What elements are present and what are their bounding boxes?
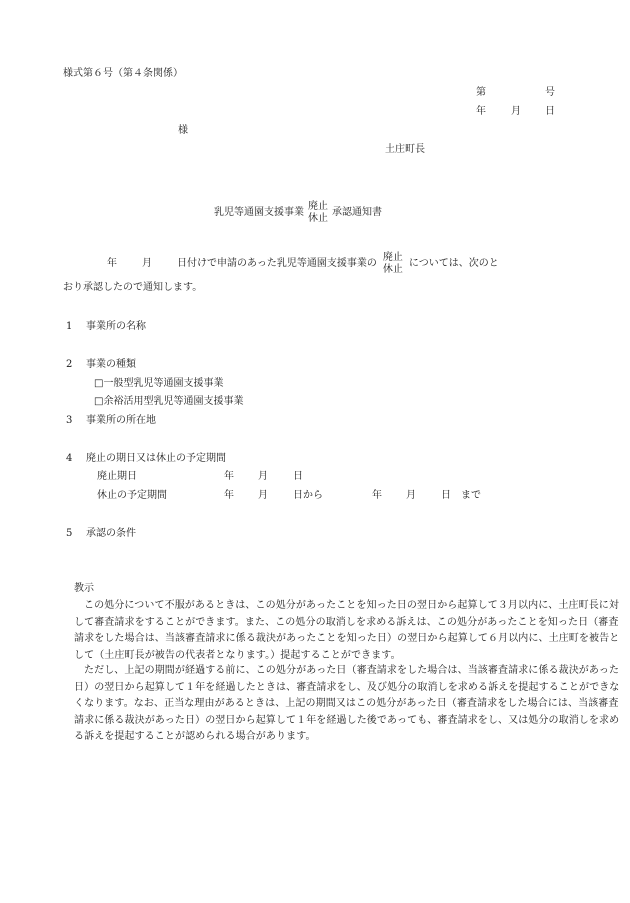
intro-option-stack: 廃止 休止 bbox=[383, 252, 403, 276]
abolish-day: 日 bbox=[293, 472, 303, 482]
form-label: 様式第６号（第４条関係） bbox=[63, 69, 183, 79]
issuer: 土庄町長 bbox=[385, 145, 425, 155]
intro-text-2: については、次のと bbox=[409, 259, 499, 269]
item-1-label: 事業所の名称 bbox=[86, 322, 146, 332]
date-day: 日 bbox=[545, 107, 555, 117]
option-surplus-type[interactable]: □余裕活用型乳児等通園支援事業 bbox=[94, 397, 243, 407]
abolish-year: 年 bbox=[224, 472, 234, 482]
intro-option-abolish: 廃止 bbox=[383, 252, 403, 264]
title-option-abolish: 廃止 bbox=[308, 201, 328, 213]
item-5-number: 5 bbox=[66, 529, 72, 539]
item-2-label: 事業の種類 bbox=[86, 360, 136, 370]
title-option-suspend: 休止 bbox=[308, 213, 328, 225]
number-suffix: 号 bbox=[545, 88, 555, 98]
intro-text-1: 日付けで申請のあった乳児等通園支援事業の bbox=[177, 259, 377, 269]
abolish-date-label: 廃止期日 bbox=[97, 472, 137, 482]
suspend-end-year: 年 bbox=[372, 491, 382, 501]
notice-heading: 教示 bbox=[74, 584, 94, 594]
title-suffix: 承認通知書 bbox=[332, 208, 382, 218]
title-main: 乳児等通園支援事業 bbox=[214, 208, 304, 218]
item-3-label: 事業所の所在地 bbox=[86, 416, 156, 426]
intro-line-2: おり承認したので通知します。 bbox=[63, 283, 202, 293]
suspend-end-day: 日 bbox=[441, 491, 451, 501]
item-4-number: 4 bbox=[66, 454, 72, 464]
suspend-end-label: まで bbox=[461, 491, 481, 501]
item-4-label: 廃止の期日又は休止の予定期間 bbox=[86, 454, 226, 464]
number-prefix: 第 bbox=[476, 88, 486, 98]
suspend-end-month: 月 bbox=[406, 491, 416, 501]
suspend-period-label: 休止の予定期間 bbox=[97, 491, 167, 501]
intro-option-suspend: 休止 bbox=[383, 264, 403, 276]
notice-paragraph-1: この処分について不服があるときは、この処分があったことを知った日の翌日から起算し… bbox=[74, 598, 627, 664]
notice-paragraph-2: ただし、上記の期間が経過する前に、この処分があった日（審査請求をした場合は、当該… bbox=[74, 663, 627, 746]
recipient-suffix: 様 bbox=[178, 126, 188, 136]
item-1-number: 1 bbox=[66, 322, 72, 332]
intro-year: 年 bbox=[107, 259, 117, 269]
suspend-start-month: 月 bbox=[258, 491, 268, 501]
date-month: 月 bbox=[511, 107, 521, 117]
abolish-month: 月 bbox=[258, 472, 268, 482]
intro-line-1: 年 月 日付けで申請のあった乳児等通園支援事業の 廃止 休止 については、次のと bbox=[107, 252, 499, 276]
document-title: 乳児等通園支援事業 廃止 休止 承認通知書 bbox=[214, 201, 382, 225]
option-general-type[interactable]: □一般型乳児等通園支援事業 bbox=[94, 379, 223, 389]
item-5-label: 承認の条件 bbox=[86, 529, 136, 539]
title-option-stack: 廃止 休止 bbox=[308, 201, 328, 225]
intro-month: 月 bbox=[142, 259, 152, 269]
suspend-start-year: 年 bbox=[224, 491, 234, 501]
date-year: 年 bbox=[476, 107, 486, 117]
item-2-number: 2 bbox=[66, 360, 72, 370]
suspend-start-day: 日から bbox=[293, 491, 323, 501]
item-3-number: 3 bbox=[66, 416, 72, 426]
